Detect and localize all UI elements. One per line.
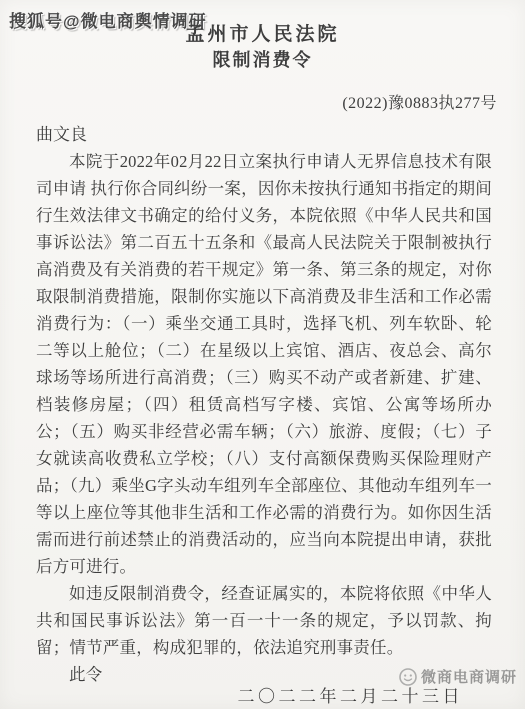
recipient-name: 曲文良 bbox=[36, 120, 87, 145]
watermark-text: 微商电商调研 bbox=[421, 666, 517, 687]
body-line: 取限制消费措施，限制你实施以下高消费及非生活和工作必需的 bbox=[36, 283, 492, 310]
body-line: 司申请 执行你合同纠纷一案，因你未按执行通知书指定的期间履 bbox=[36, 175, 492, 202]
bottom-watermark: 微商电商调研 bbox=[398, 666, 517, 687]
document-body: 本院于2022年02月22日立案执行申请人无界信息技术有限公 司申请 执行你合同… bbox=[36, 148, 492, 688]
body-line: 等以上座位等其他非生活和工作必需的消费行为。如你因生活必 bbox=[36, 499, 492, 526]
body-line: 消费行为：（一）乘坐交通工具时，选择飞机、列车软卧、轮船 bbox=[36, 310, 492, 337]
body-line: 女就读高收费私立学校；（八）支付高额保费购买保险理财产 bbox=[36, 445, 492, 472]
legal-document-page: 搜狐号@微电商舆情调研 孟州市人民法院 限制消费令 (2022)豫0883执27… bbox=[0, 0, 525, 709]
body-line: 留；情节严重，构成犯罪的，依法追究刑事责任。 bbox=[36, 634, 492, 661]
body-line: 事诉讼法》第二百五十五条和《最高人民法院关于限制被执行人 bbox=[36, 229, 492, 256]
body-line: 公；（五）购买非经营必需车辆；（六）旅游、度假；（七）子 bbox=[36, 418, 492, 445]
body-line: 如违反限制消费令，经查证属实的，本院将依照《中华人民 bbox=[36, 580, 492, 607]
document-title: 限制消费令 bbox=[0, 46, 525, 72]
body-line: 档装修房屋；（四）租赁高档写字楼、宾馆、公寓等场所办 bbox=[36, 391, 492, 418]
body-line: 高消费及有关消费的若干规定》第一条、第三条的规定，对你采 bbox=[36, 256, 492, 283]
watermark-logo-icon bbox=[398, 667, 418, 687]
body-line: 品；（九）乘坐G字头动车组列车全部座位、其他动车组列车一 bbox=[36, 472, 492, 499]
body-line: 共和国民事诉讼法》第一百一十一条的规定，予以罚款、拘 bbox=[36, 607, 492, 634]
case-number: (2022)豫0883执277号 bbox=[342, 90, 497, 113]
body-line: 行生效法律文书确定的给付义务，本院依照《中华人民共和国民 bbox=[36, 202, 492, 229]
court-name: 孟州市人民法院 bbox=[0, 19, 525, 46]
body-line: 后方可进行。 bbox=[36, 553, 492, 580]
body-line: 球场等场所进行高消费；（三）购买不动产或者新建、扩建、高 bbox=[36, 364, 492, 391]
body-line: 本院于2022年02月22日立案执行申请人无界信息技术有限公 bbox=[36, 148, 492, 175]
body-line: 需而进行前述禁止的消费活动的，应当向本院提出申请，获批准 bbox=[36, 526, 492, 553]
body-line: 二等以上舱位；（二）在星级以上宾馆、酒店、夜总会、高尔夫 bbox=[36, 337, 492, 364]
